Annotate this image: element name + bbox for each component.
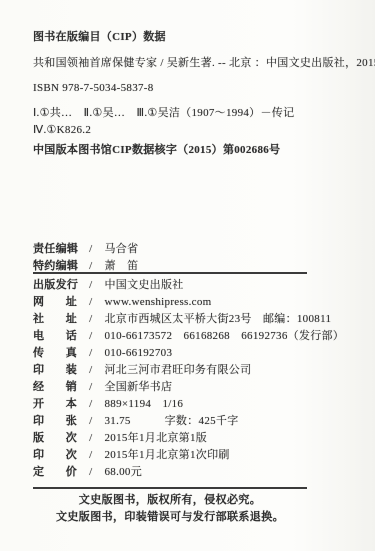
publication-label: 电话	[33, 328, 77, 345]
publication-row: 网址 / www.wenshipress.com	[33, 294, 344, 311]
publication-value: 010-66192703	[104, 347, 172, 359]
label-value-separator: /	[89, 241, 92, 258]
publication-row: 社址 / 北京市西城区太平桥大街23号 邮编：100811	[33, 311, 344, 328]
publication-label: 印装	[33, 362, 77, 379]
label-value-separator: /	[89, 277, 92, 294]
label-value-separator: /	[89, 396, 92, 413]
publication-label: 版次	[33, 430, 77, 447]
label-value-separator: /	[89, 311, 92, 328]
editor-value: 萧 笛	[104, 260, 138, 272]
label-value-separator: /	[89, 413, 92, 430]
label-value-separator: /	[89, 328, 92, 345]
footer-notices: 文史版图书，版权所有，侵权必究。 文史版图书，印装错误可与发行部联系退换。	[33, 492, 307, 526]
publication-row: 经销 / 全国新华书店	[33, 379, 344, 396]
publication-label: 传真	[33, 345, 77, 362]
editor-value: 马合省	[104, 243, 138, 255]
publication-value: 河北三河市君旺印务有限公司	[104, 364, 251, 376]
return-policy-notice: 文史版图书，印装错误可与发行部联系退换。	[33, 509, 307, 526]
publication-block: 出版发行 / 中国文史出版社 网址 / www.wenshipress.com …	[33, 277, 344, 481]
publication-row: 版次 / 2015年1月北京第1版	[33, 430, 344, 447]
publication-value: www.wenshipress.com	[104, 296, 211, 308]
cip-class-line-1: Ⅰ.①共… Ⅱ.①吴… Ⅲ.①吴洁（1907～1994）－传记	[33, 107, 294, 120]
publication-value: 010-66173572 66168268 66192736（发行部）	[104, 330, 344, 342]
publication-row: 开本 / 889×1194 1/16	[33, 396, 344, 413]
cip-record-line: 中国版本图书馆CIP数据核字（2015）第002686号	[33, 144, 280, 157]
publication-row: 印次 / 2015年1月北京第1次印刷	[33, 447, 344, 464]
publication-value: 2015年1月北京第1版	[104, 432, 207, 444]
top-divider	[33, 272, 307, 274]
publication-value: 全国新华书店	[104, 381, 172, 393]
publication-label: 印张	[33, 413, 77, 430]
publication-row: 定价 / 68.00元	[33, 464, 344, 481]
publication-value: 2015年1月北京第1次印刷	[104, 449, 229, 461]
publication-value: 31.75 字数：425千字	[104, 415, 238, 427]
bottom-divider	[33, 487, 307, 489]
label-value-separator: /	[89, 345, 92, 362]
label-value-separator: /	[89, 362, 92, 379]
label-value-separator: /	[89, 294, 92, 311]
label-value-separator: /	[89, 379, 92, 396]
editor-row: 责任编辑 / 马合省	[33, 241, 138, 258]
publication-row: 电话 / 010-66173572 66168268 66192736（发行部）	[33, 328, 344, 345]
cip-heading: 图书在版编目（CIP）数据	[33, 31, 166, 44]
publication-value: 北京市西城区太平桥大街23号 邮编：100811	[104, 313, 331, 325]
publication-value: 68.00元	[104, 466, 142, 478]
publication-value: 889×1194 1/16	[104, 398, 183, 410]
editors-block: 责任编辑 / 马合省 特约编辑 / 萧 笛	[33, 241, 138, 275]
label-value-separator: /	[89, 464, 92, 481]
publication-label: 开本	[33, 396, 77, 413]
publication-label: 经销	[33, 379, 77, 396]
publication-label: 网址	[33, 294, 77, 311]
cip-isbn-line: ISBN 978-7-5034-5837-8	[33, 82, 154, 95]
publication-label: 社址	[33, 311, 77, 328]
publication-row: 印装 / 河北三河市君旺印务有限公司	[33, 362, 344, 379]
publication-row: 出版发行 / 中国文史出版社	[33, 277, 344, 294]
label-value-separator: /	[89, 430, 92, 447]
publication-label: 定价	[33, 464, 77, 481]
book-copyright-page: 图书在版编目（CIP）数据 共和国领袖首席保健专家 / 吴新生著. -- 北京 …	[0, 0, 375, 551]
editor-label: 责任编辑	[33, 241, 77, 258]
cip-title-line: 共和国领袖首席保健专家 / 吴新生著. -- 北京 ：中国文史出版社，2015.…	[33, 57, 375, 70]
publication-value: 中国文史出版社	[104, 279, 183, 291]
label-value-separator: /	[89, 447, 92, 464]
publication-label: 印次	[33, 447, 77, 464]
publication-label: 出版发行	[33, 277, 77, 294]
publication-row: 传真 / 010-66192703	[33, 345, 344, 362]
cip-class-line-2: Ⅳ.①K826.2	[33, 124, 91, 137]
publication-row: 印张 / 31.75 字数：425千字	[33, 413, 344, 430]
copyright-notice: 文史版图书，版权所有，侵权必究。	[33, 492, 307, 509]
